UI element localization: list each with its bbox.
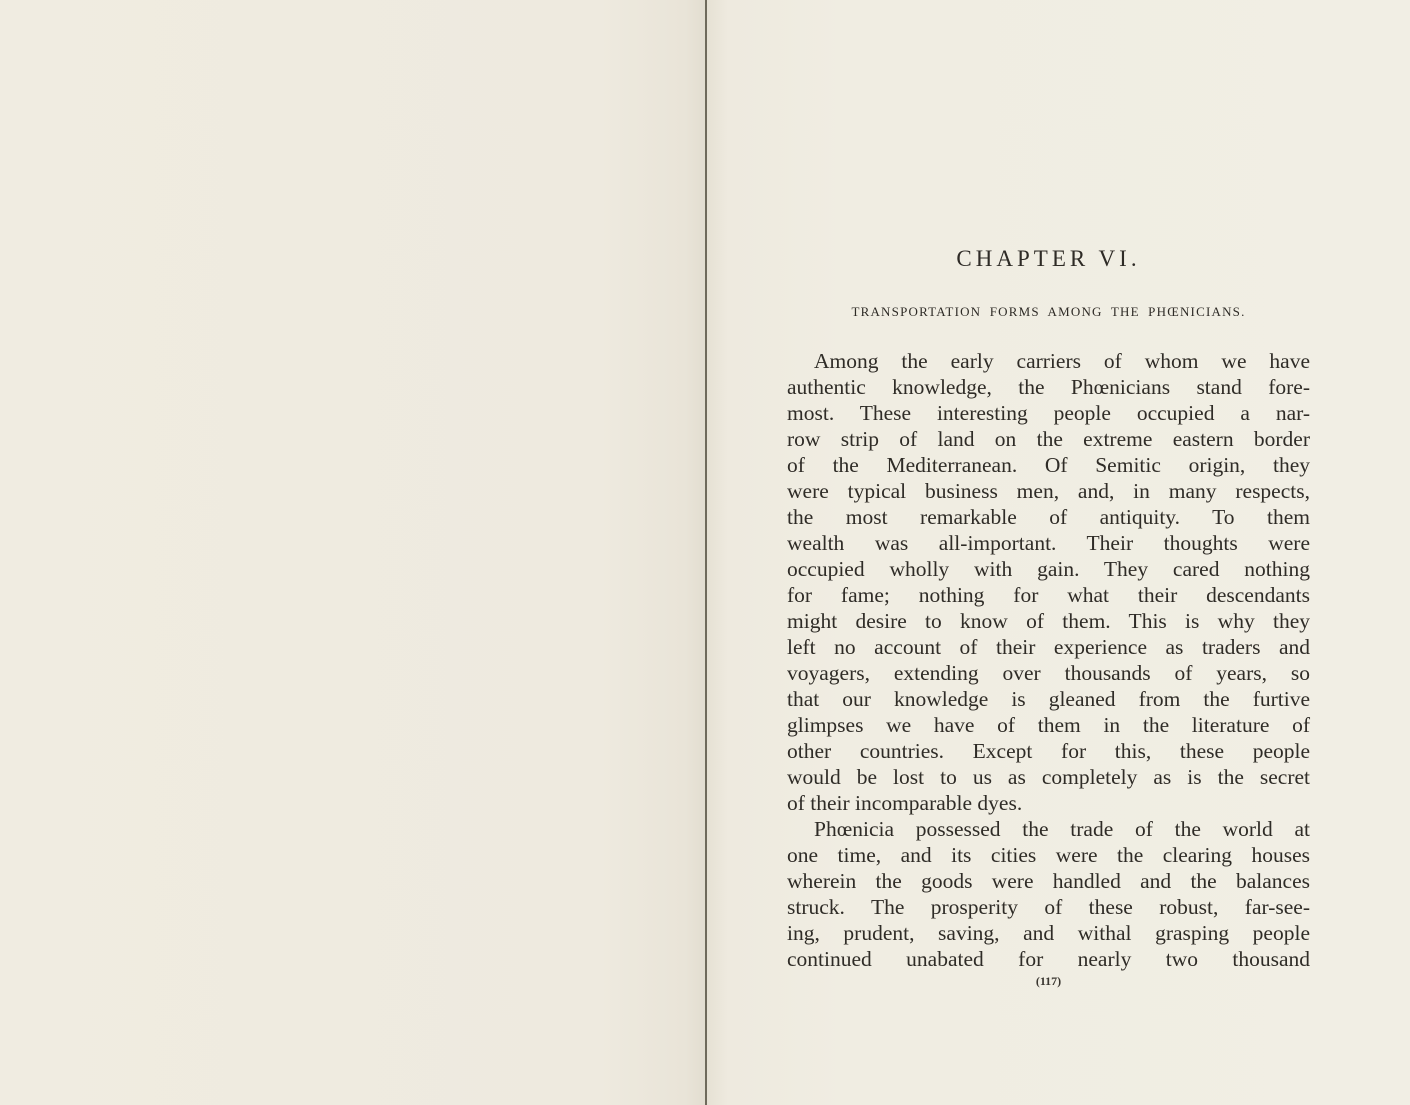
text-line: Among the early carriers of whom we have: [787, 348, 1310, 374]
text-line: continued unabated for nearly two thousa…: [787, 946, 1310, 972]
paragraph-2: Phœnicia possessed the trade of the worl…: [787, 816, 1310, 972]
text-line: wherein the goods were handled and the b…: [787, 868, 1310, 894]
left-page-blank: [0, 0, 706, 1105]
book-spread: CHAPTER VI. TRANSPORTATION FORMS AMONG T…: [0, 0, 1410, 1105]
paragraph-1: Among the early carriers of whom we have…: [787, 348, 1310, 816]
text-line: voyagers, extending over thousands of ye…: [787, 660, 1310, 686]
chapter-subtitle: TRANSPORTATION FORMS AMONG THE PHŒNICIAN…: [787, 304, 1310, 320]
text-line: of the Mediterranean. Of Semitic origin,…: [787, 452, 1310, 478]
text-line: glimpses we have of them in the literatu…: [787, 712, 1310, 738]
chapter-title: CHAPTER VI.: [787, 246, 1310, 272]
text-line: might desire to know of them. This is wh…: [787, 608, 1310, 634]
text-line: for fame; nothing for what their descend…: [787, 582, 1310, 608]
text-line: left no account of their experience as t…: [787, 634, 1310, 660]
text-line: Phœnicia possessed the trade of the worl…: [787, 816, 1310, 842]
text-line: authentic knowledge, the Phœnicians stan…: [787, 374, 1310, 400]
text-line: other countries. Except for this, these …: [787, 738, 1310, 764]
text-line: would be lost to us as completely as is …: [787, 764, 1310, 790]
text-line: of their incomparable dyes.: [787, 790, 1310, 816]
text-line: the most remarkable of antiquity. To the…: [787, 504, 1310, 530]
gutter-fold: [705, 0, 707, 1105]
text-line: struck. The prosperity of these robust, …: [787, 894, 1310, 920]
text-line: that our knowledge is gleaned from the f…: [787, 686, 1310, 712]
text-line: one time, and its cities were the cleari…: [787, 842, 1310, 868]
body-text: Among the early carriers of whom we have…: [787, 348, 1310, 972]
text-line: ing, prudent, saving, and withal graspin…: [787, 920, 1310, 946]
text-line: row strip of land on the extreme eastern…: [787, 426, 1310, 452]
page-number: (117): [787, 974, 1310, 989]
text-line: occupied wholly with gain. They cared no…: [787, 556, 1310, 582]
text-line: were typical business men, and, in many …: [787, 478, 1310, 504]
text-line: most. These interesting people occupied …: [787, 400, 1310, 426]
text-line: wealth was all-important. Their thoughts…: [787, 530, 1310, 556]
